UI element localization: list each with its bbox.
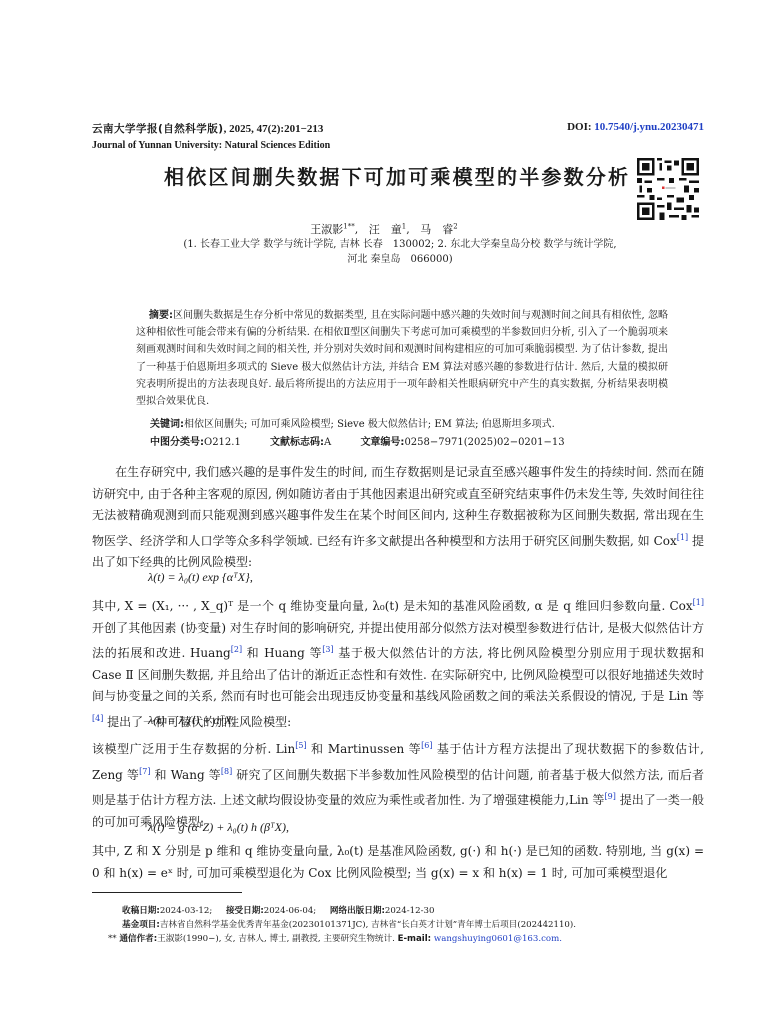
journal-name-cn: 云南大学学报(自然科学版): [92, 123, 224, 135]
paragraph-text: 其中, Z 和 X 分别是 p 维和 q 维协变量向量, λ₀(t) 是基准风险…: [92, 844, 704, 880]
paragraph-text: 其中, X = (X₁, ··· , X_q)ᵀ 是一个 q 维协变量向量, λ…: [92, 599, 693, 613]
citation-link[interactable]: [5]: [295, 741, 306, 750]
body-paragraph-3: 该模型广泛用于生存数据的分析. Lin[5] 和 Martinussen 等[6…: [92, 735, 704, 833]
footnote-funding: 基金项目:吉林省自然科学基金优秀青年基金(20230101371JC), 吉林省…: [122, 918, 576, 932]
online-label: 网络出版日期:: [330, 906, 385, 916]
keywords: 关键词:相依区间删失; 可加可乘风险模型; Sieve 极大似然估计; EM 算…: [150, 415, 555, 430]
footnote-divider: [92, 892, 242, 893]
body-paragraph-1: 在生存研究中, 我们感兴趣的是事件发生的时间, 而生存数据则是记录直至感兴趣事件…: [92, 462, 704, 574]
citation-link[interactable]: [9]: [604, 792, 615, 801]
keywords-label: 关键词:: [150, 419, 184, 430]
paragraph-text: 该模型广泛用于生存数据的分析. Lin: [92, 742, 295, 756]
author-name: 王淑影: [310, 223, 343, 236]
accepted-label: 接受日期:: [226, 906, 264, 916]
funding-text: 吉林省自然科学基金优秀青年基金(20230101371JC), 吉林省“长白英才…: [160, 920, 576, 930]
footnote-corresponding-author: ** 通信作者:王淑影(1990−), 女, 吉林人, 博士, 副教授, 主要研…: [108, 932, 562, 946]
citation-link[interactable]: [3]: [322, 645, 333, 654]
funding-label: 基金项目:: [122, 920, 160, 930]
equation-cox-model: λ(t) = λ₀(t) exp {αᵀX},: [148, 570, 253, 585]
clc-value: O212.1: [204, 437, 241, 448]
article-id-label: 文章编号:: [360, 437, 404, 448]
author-affil-mark: 1**: [343, 222, 354, 230]
corr-label: 通信作者:: [119, 934, 157, 944]
citation-link[interactable]: [1]: [693, 598, 704, 607]
author-name: 马 睿: [420, 223, 453, 236]
corr-text: 王淑影(1990−), 女, 吉林人, 博士, 副教授, 主要研究生物统计.: [157, 934, 397, 944]
citation-link[interactable]: [6]: [421, 741, 432, 750]
journal-name-en: Journal of Yunnan University: Natural Sc…: [92, 140, 330, 151]
author-list: 王淑影1**, 汪 童1, 马 睿2: [0, 221, 768, 237]
qr-code-icon: [637, 158, 699, 220]
accepted-date: 2024-06-04;: [264, 906, 316, 916]
affiliations: (1. 长春工业大学 数学与统计学院, 吉林 长春 130002; 2. 东北大…: [120, 237, 680, 267]
paragraph-text: 和 Martinussen 等: [307, 742, 422, 756]
doc-code-label: 文献标志码:: [270, 437, 324, 448]
paragraph-text: 在生存研究中, 我们感兴趣的是事件发生的时间, 而生存数据则是记录直至感兴趣事件…: [92, 465, 704, 548]
abstract-text: 区间删失数据是生存分析中常见的数据类型, 且在实际问题中感兴趣的失效时间与观测时…: [136, 310, 668, 407]
author-affil-mark: 1: [402, 222, 406, 230]
citation-link[interactable]: [2]: [231, 645, 242, 654]
equation-additive-multiplicative-model: λ(t) = g (αᵀZ) + λ₀(t) h (βᵀX),: [148, 820, 289, 835]
doc-code-value: A: [324, 437, 331, 448]
affiliation-line: 河北 秦皇岛 066000): [120, 252, 680, 267]
clc-label: 中图分类号:: [150, 437, 204, 448]
paragraph-text: 和 Wang 等: [150, 768, 220, 782]
email-label: E-mail:: [398, 934, 432, 944]
author-affil-mark: 2: [453, 222, 457, 230]
journal-citation-cn: 云南大学学报(自然科学版), 2025, 47(2):201−213: [92, 121, 323, 136]
received-date: 2024-03-12;: [160, 906, 212, 916]
abstract: 摘要:区间删失数据是生存分析中常见的数据类型, 且在实际问题中感兴趣的失效时间与…: [136, 307, 668, 410]
footnote-dates: 收稿日期:2024-03-12; 接受日期:2024-06-04; 网络出版日期…: [122, 904, 434, 918]
citation-link[interactable]: [7]: [139, 767, 150, 776]
online-date: 2024-12-30: [385, 906, 435, 916]
corr-mark: **: [108, 934, 119, 944]
doi: DOI: 10.7540/j.ynu.20230471: [567, 121, 704, 133]
citation-link[interactable]: [8]: [221, 767, 232, 776]
abstract-label: 摘要:: [149, 310, 173, 321]
doi-link[interactable]: 10.7540/j.ynu.20230471: [594, 121, 704, 133]
classification-info: 中图分类号:O212.1 文献标志码:A 文章编号:0258−7971(2025…: [150, 433, 591, 448]
equation-additive-model: λ(t) = λ₀(t) + αᵀX,: [148, 713, 235, 728]
author-name: 汪 童: [369, 223, 402, 236]
body-paragraph-4: 其中, Z 和 X 分别是 p 维和 q 维协变量向量, λ₀(t) 是基准风险…: [92, 841, 704, 884]
paper-title: 相依区间删失数据下可加可乘模型的半参数分析: [164, 161, 630, 190]
email-link[interactable]: wangshuying0601@163.com.: [434, 934, 562, 944]
keywords-text: 相依区间删失; 可加可乘风险模型; Sieve 极大似然估计; EM 算法; 伯…: [184, 419, 555, 430]
journal-volume-pages: , 2025, 47(2):201−213: [224, 123, 324, 135]
affiliation-line: (1. 长春工业大学 数学与统计学院, 吉林 长春 130002; 2. 东北大…: [120, 237, 680, 252]
doi-label: DOI:: [567, 121, 591, 133]
citation-link[interactable]: [1]: [677, 533, 688, 542]
article-id-value: 0258−7971(2025)02−0201−13: [404, 437, 564, 448]
citation-link[interactable]: [4]: [92, 714, 103, 723]
paragraph-text: 和 Huang 等: [242, 646, 322, 660]
received-label: 收稿日期:: [122, 906, 160, 916]
